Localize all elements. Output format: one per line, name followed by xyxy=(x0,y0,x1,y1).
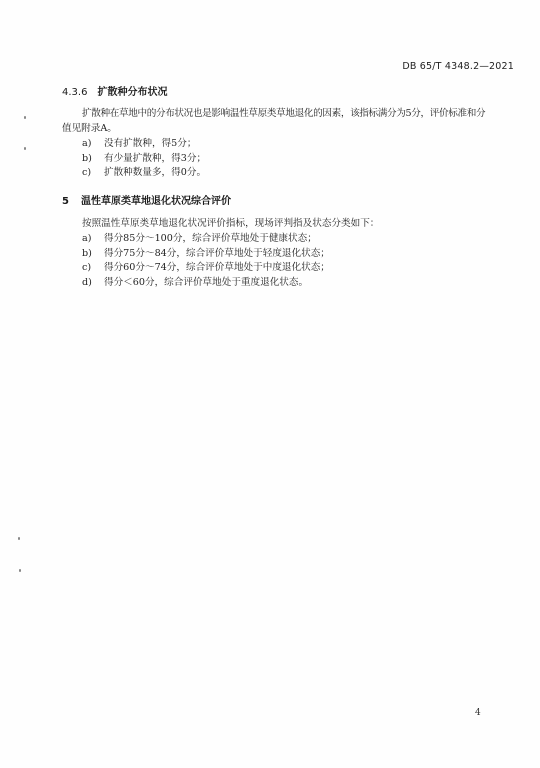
paragraph-line: 值见附录A。 xyxy=(62,120,117,134)
section-title: 扩散种分布状况 xyxy=(97,87,167,98)
list-item: a)得分85分～100分，综合评价草地处于健康状态； xyxy=(82,230,317,244)
section-number: 5 xyxy=(62,196,69,207)
document-page: DB 65/T 4348.2—2021 4.3.6扩散种分布状况 扩散种在草地中… xyxy=(0,0,540,768)
list-item-label: c) xyxy=(82,167,104,178)
list-item: b)有少量扩散种，得3分； xyxy=(82,150,206,164)
list-item-text: 没有扩散种，得5分； xyxy=(104,138,196,149)
list-item-label: c) xyxy=(82,262,104,273)
list-item-text: 有少量扩散种，得3分； xyxy=(104,153,206,164)
list-item-label: d) xyxy=(82,277,104,288)
section-title: 温性草原类草地退化状况综合评价 xyxy=(81,196,231,207)
list-item-label: a) xyxy=(82,138,104,149)
list-item: d)得分＜60分，综合评价草地处于重度退化状态。 xyxy=(82,274,308,288)
list-item-text: 扩散种数量多，得0分。 xyxy=(104,167,206,178)
standard-code-header: DB 65/T 4348.2—2021 xyxy=(402,61,514,72)
list-item-label: b) xyxy=(82,248,104,259)
list-item: b)得分75分～84分，综合评价草地处于轻度退化状态； xyxy=(82,245,330,259)
list-item: c)扩散种数量多，得0分。 xyxy=(82,164,206,178)
list-item-label: a) xyxy=(82,233,104,244)
scan-mark xyxy=(18,537,20,540)
list-item-text: 得分75分～84分，综合评价草地处于轻度退化状态； xyxy=(104,248,330,259)
scan-mark xyxy=(24,147,26,150)
section-heading-5: 5温性草原类草地退化状况综合评价 xyxy=(62,192,231,207)
list-item-text: 得分60分～74分，综合评价草地处于中度退化状态； xyxy=(104,262,330,273)
list-item-text: 得分85分～100分，综合评价草地处于健康状态； xyxy=(104,233,317,244)
scan-mark xyxy=(24,116,26,119)
list-item: c)得分60分～74分，综合评价草地处于中度退化状态； xyxy=(82,259,330,273)
list-item-label: b) xyxy=(82,153,104,164)
section-heading-4-3-6: 4.3.6扩散种分布状况 xyxy=(62,83,167,98)
paragraph-line: 按照温性草原类草地退化状况评价指标，现场评判指及状态分类如下： xyxy=(82,215,379,229)
page-number: 4 xyxy=(475,708,481,718)
list-item: a)没有扩散种，得5分； xyxy=(82,135,196,149)
list-item-text: 得分＜60分，综合评价草地处于重度退化状态。 xyxy=(104,277,308,288)
section-number: 4.3.6 xyxy=(62,87,87,98)
paragraph-line: 扩散种在草地中的分布状况也是影响温性草原类草地退化的因素，该指标满分为5分，评价… xyxy=(82,105,485,119)
scan-mark xyxy=(19,569,21,572)
